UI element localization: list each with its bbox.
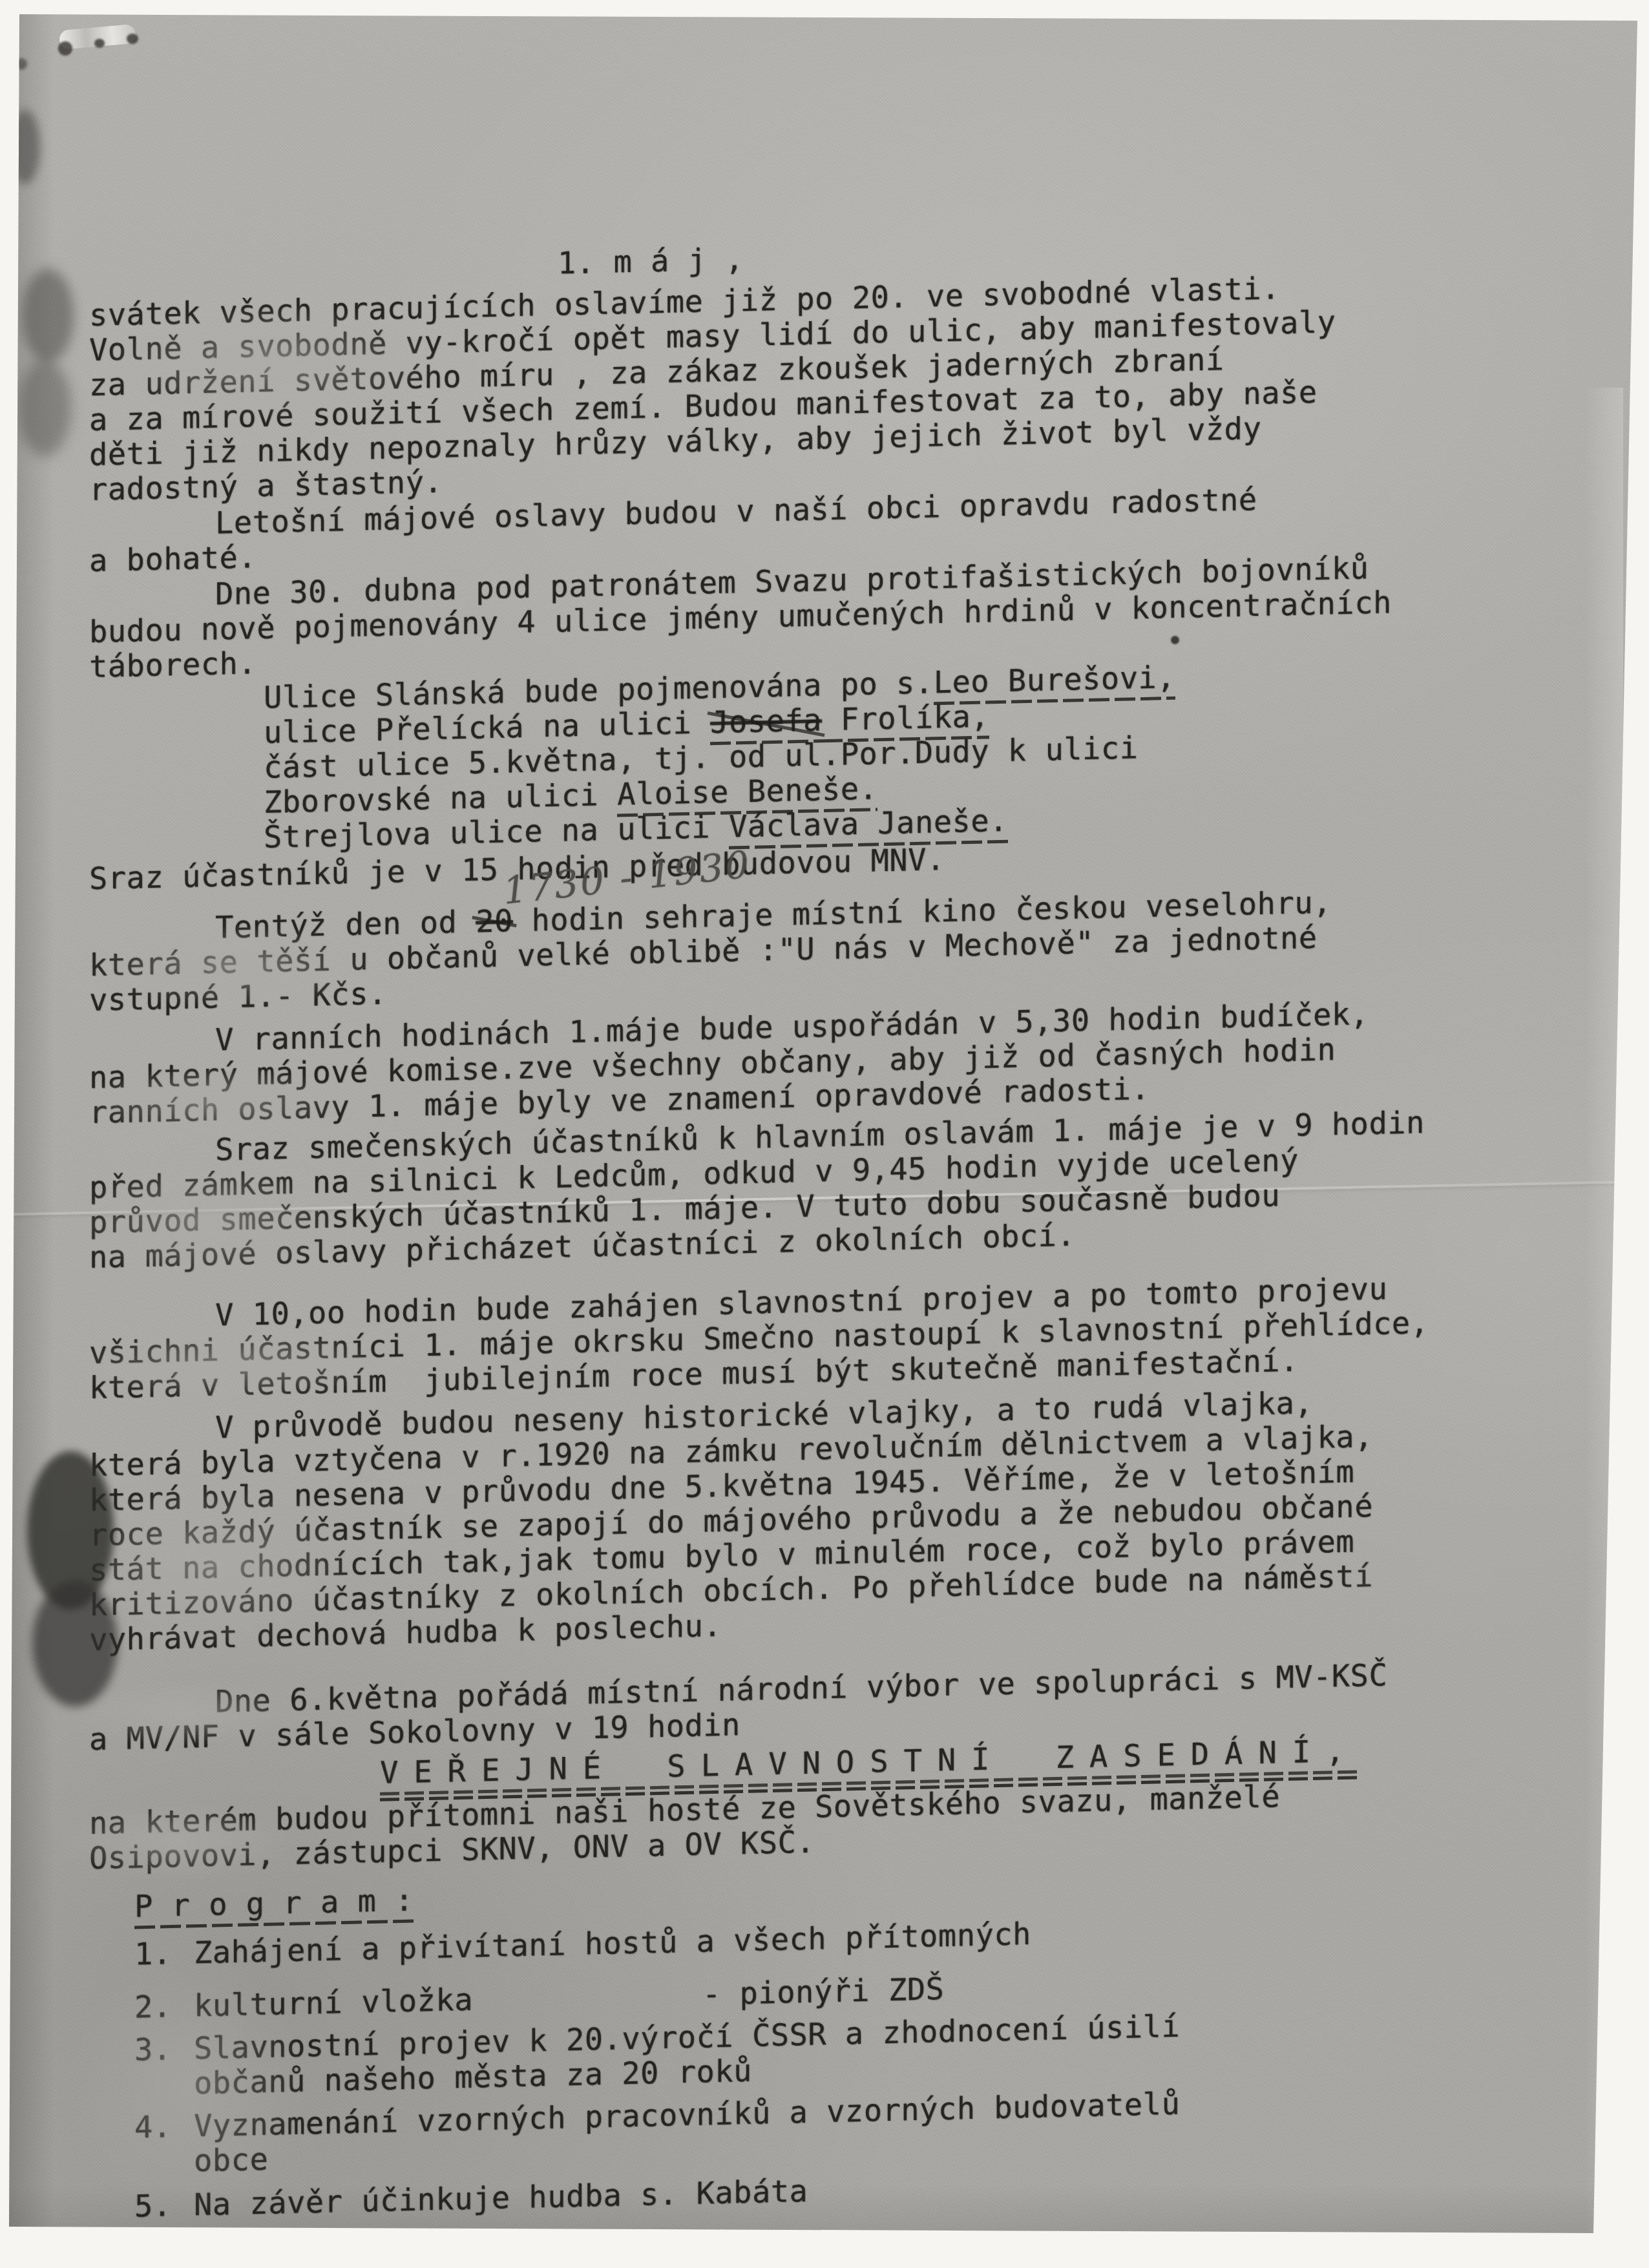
- street-name-underlined: Leo Burešovi,: [934, 660, 1175, 705]
- street-name-struck: Josefa: [710, 702, 822, 745]
- item-text-right: - pionýři ZDŠ: [702, 1971, 944, 2012]
- paper-edge-shadow: [9, 0, 54, 2268]
- paragraph-intro: svátek všech pracujících oslavíme již po…: [89, 266, 1551, 508]
- typewritten-text-block: 1. m á j , svátek všech pracujících osla…: [89, 224, 1551, 2225]
- paper-sheet: 1. m á j , svátek všech pracujících osla…: [0, 0, 1649, 2268]
- paper-edge-highlight: [1584, 388, 1623, 2268]
- scanned-document-page: 1. m á j , svátek všech pracujících osla…: [0, 0, 1649, 2268]
- paragraph-historic-flags: V průvodě budou neseny historické vlajky…: [89, 1381, 1551, 1658]
- street-list: Ulice Slánská bude pojmenována po s.Leo …: [264, 652, 1551, 856]
- item-number: 3.: [134, 2032, 194, 2103]
- staple-hole: [94, 39, 105, 48]
- program-heading-text: P r o g r a m :: [134, 1883, 414, 1929]
- staple-hole: [127, 34, 138, 44]
- item-text-left: kulturní vložka: [194, 1982, 473, 2024]
- staple-hole: [58, 41, 72, 56]
- street-name-underlined: Václava Janeše.: [729, 803, 1008, 850]
- title-text: 1. m á j ,: [558, 242, 744, 282]
- crossed-out-time: 20: [476, 903, 513, 940]
- paragraph-parade-assembly: Sraz smečenských účastníků k hlavním osl…: [89, 1103, 1551, 1276]
- item-number: 2.: [134, 1989, 194, 2025]
- item-number: 5.: [134, 2188, 194, 2224]
- item-number: 4.: [134, 2109, 194, 2180]
- item-number: 1.: [134, 1936, 194, 1972]
